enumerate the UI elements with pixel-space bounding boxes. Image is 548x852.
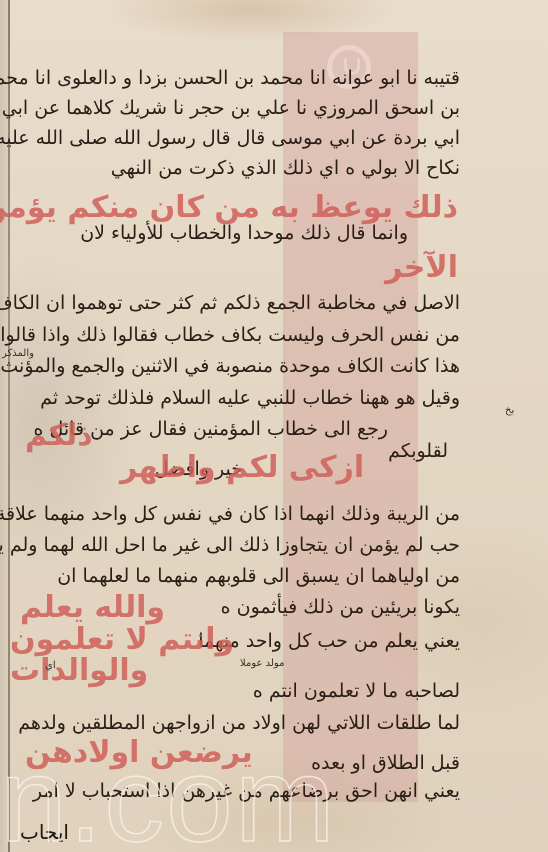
text-line: ابي بردة عن ابي موسى قال قال رسول الله ص… [0, 127, 460, 149]
text-line: لصاحبه ما لا تعلمون انتم ه [253, 680, 460, 702]
text-line: هذا كانت الكاف موحدة منصوبة في الاثنين و… [0, 355, 460, 377]
text-line: بن اسحق المروزي نا علي بن حجر نا شريك كل… [0, 97, 460, 119]
rubric-line: والوالدات [10, 653, 148, 688]
watermark-text: n.com [0, 740, 337, 852]
text-line: الاصل في مخاطبة الجمع ذلكم ثم كثر حتى تو… [0, 292, 460, 314]
text-line: قتيبه نا ابو عوانه انا محمد بن الحسن بزد… [0, 67, 460, 89]
margin-note: بخ [505, 405, 514, 416]
text-line: من نفس الحرف وليست بكاف خطاب فقالوا ذلك … [0, 324, 460, 346]
rubric-line: الآخر [385, 250, 458, 285]
margin-note: مولد عوملا [240, 658, 284, 669]
rubric-line: ذلك يوعظ به من كان منكم يؤمن بالله واليو… [0, 190, 458, 225]
text-line: يكونا بريئين من ذلك فيأثمون ه [221, 596, 460, 618]
text-line: لقلوبكم [388, 440, 448, 462]
text-line: وانما قال ذلك موحدا والخطاب للأولياء لان [80, 222, 408, 244]
text-line: لما طلقات اللاتي لهن اولاد من ازواجهن ال… [18, 712, 460, 734]
text-line: نكاح الا بولي ه اي ذلك الذي ذكرت من النه… [111, 157, 460, 179]
margin-note: والمذكر [2, 348, 34, 359]
rubric-line: ذلكم [25, 418, 93, 453]
rubric-line: والله يعلم [20, 590, 165, 625]
rubric-line: وانتم لا تعلمون [10, 622, 234, 657]
manuscript-text: قتيبه نا ابو عوانه انا محمد بن الحسن بزد… [0, 0, 548, 852]
text-line: من الريبة وذلك انهما اذا كان في نفس كل و… [0, 503, 460, 525]
text-line: يعني يعلم من حب كل واحد منهما [198, 630, 460, 652]
text-line: وقيل هو ههنا خطاب للنبي عليه السلام فلذل… [40, 387, 460, 409]
text-line: حب لم يؤمن ان يتجاوزا ذلك الى غير ما احل… [0, 534, 460, 556]
text-line: من اولياهما ان يسبق الى قلوبهم منهما ما … [57, 565, 460, 587]
rubric-line: ازكى لكم واطهر [120, 450, 364, 485]
margin-note: اي [45, 660, 56, 671]
